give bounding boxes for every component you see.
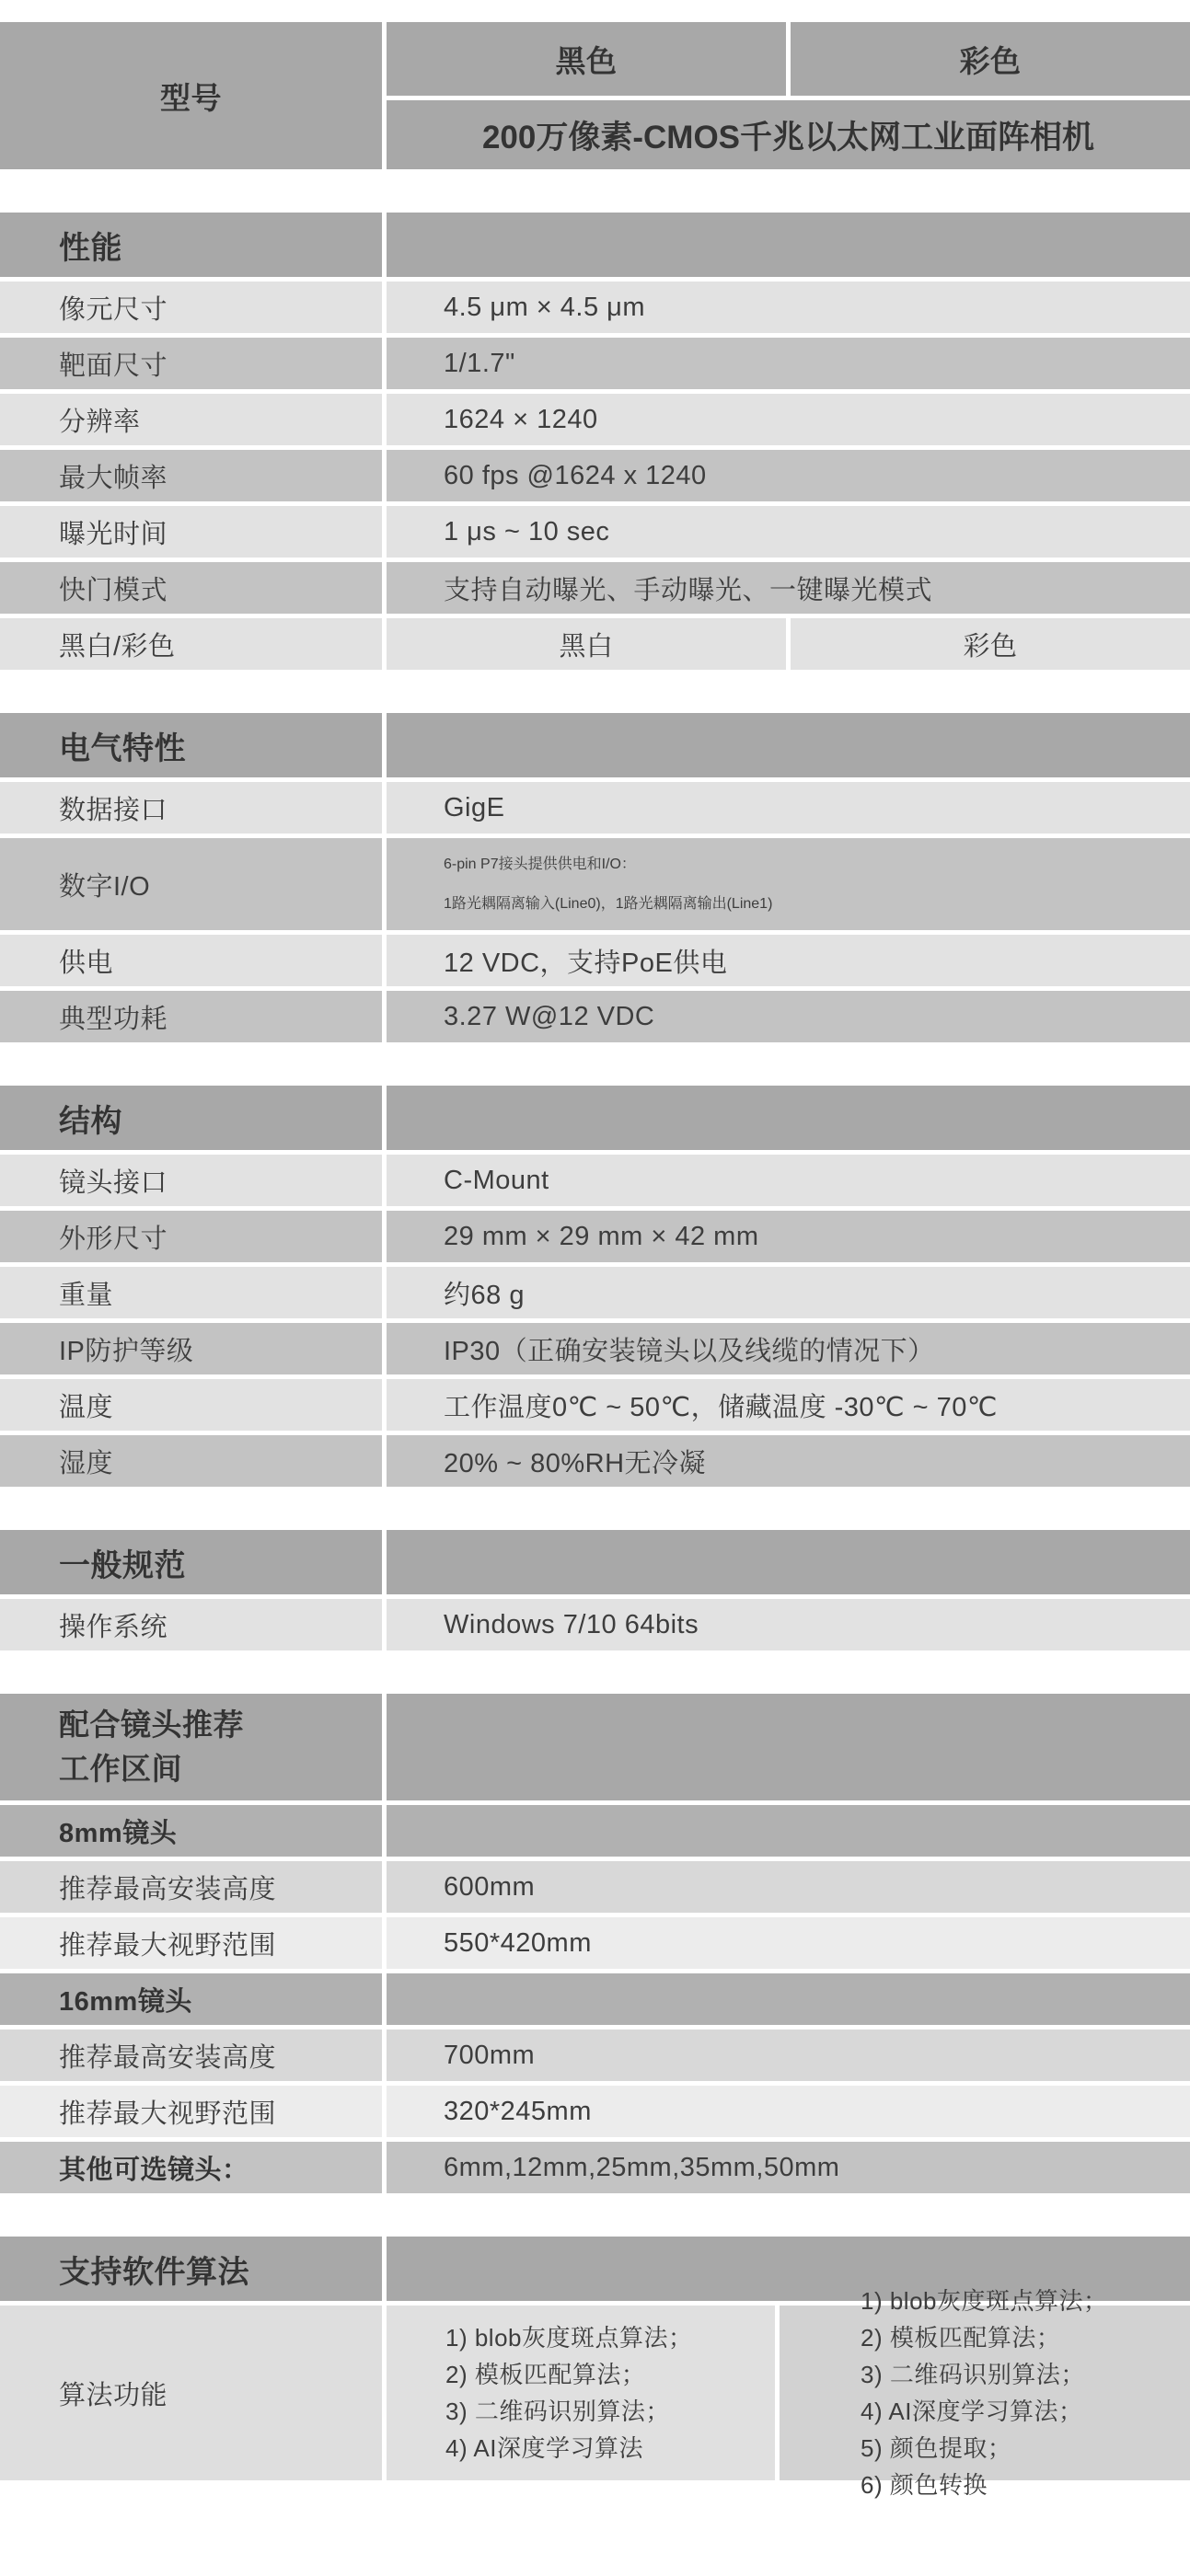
row-value-text: 4.5 μm × 4.5 μm — [444, 293, 645, 323]
row-label-text: 推荐最高安装高度 — [59, 1869, 276, 1906]
row-value-text: 550*420mm — [444, 1928, 592, 1959]
spec-row-algorithm-functions: 算法功能 1) blob灰度斑点算法； 2) 模板匹配算法； 3) 二维码识别算… — [0, 2306, 1190, 2480]
row-value: 支持自动曝光、手动曝光、一键曝光模式 — [387, 562, 1190, 614]
row-value-text: 700mm — [444, 2041, 535, 2071]
row-label-text: 典型功耗 — [59, 998, 168, 1036]
row-label: 快门模式 — [0, 562, 382, 614]
row-label-text: 曝光时间 — [59, 513, 168, 551]
algorithm-item: 2) 模板匹配算法； — [861, 2319, 1190, 2356]
row-label-text: 快门模式 — [59, 569, 168, 607]
spec-row-operating-system: 操作系统 Windows 7/10 64bits — [0, 1599, 1190, 1650]
row-value-text: 20% ~ 80%RH无冷凝 — [444, 1443, 706, 1480]
row-value-text: 12 VDC，支持PoE供电 — [444, 942, 727, 980]
section-title-line1: 配合镜头推荐 — [59, 1703, 244, 1747]
section-header-row: 结构 — [0, 1086, 1190, 1150]
section-structure: 结构 镜头接口 C-Mount 外形尺寸 29 mm × 29 mm × 42 … — [0, 1086, 1190, 1487]
section-title-cell: 支持软件算法 — [0, 2237, 382, 2301]
row-value: Windows 7/10 64bits — [387, 1599, 1190, 1650]
row-label-text: 镜头接口 — [59, 1162, 168, 1200]
row-label: 湿度 — [0, 1435, 382, 1487]
spec-row-power-supply: 供电 12 VDC，支持PoE供电 — [0, 935, 1190, 986]
row-label: 外形尺寸 — [0, 1211, 382, 1262]
algorithm-item: 4) AI深度学习算法； — [861, 2393, 1190, 2430]
row-label-text: 数据接口 — [59, 789, 168, 827]
row-value-text: 工作温度0℃ ~ 50℃，储藏温度 -30℃ ~ 70℃ — [444, 1386, 998, 1424]
row-value-text: 支持自动曝光、手动曝光、一键曝光模式 — [444, 569, 932, 607]
section-title-line2: 工作区间 — [59, 1747, 244, 1791]
spec-row-16mm-mount-height: 推荐最高安装高度 700mm — [0, 2030, 1190, 2081]
section-software-algorithms: 支持软件算法 算法功能 1) blob灰度斑点算法； 2) 模板匹配算法； 3)… — [0, 2237, 1190, 2480]
row-value: 700mm — [387, 2030, 1190, 2081]
row-label-text: 重量 — [59, 1274, 113, 1312]
row-label-text: 最大帧率 — [59, 457, 168, 495]
row-label: 数字I/O — [0, 838, 382, 930]
row-value-text: 600mm — [444, 1872, 535, 1903]
section-title-cell: 性能 — [0, 213, 382, 277]
algorithm-item: 3) 二维码识别算法； — [445, 2393, 775, 2430]
camera-spec-sheet: 型号 黑色 彩色 200万像素-CMOS千兆以太网工业面阵相机 性能 像元尺寸 … — [0, 0, 1190, 2576]
table-header: 型号 黑色 彩色 200万像素-CMOS千兆以太网工业面阵相机 — [0, 22, 1190, 169]
algorithm-item: 2) 模板匹配算法； — [445, 2356, 775, 2393]
row-value-text: 1624 × 1240 — [444, 405, 598, 435]
row-label: 温度 — [0, 1379, 382, 1431]
section-header-filler — [387, 1086, 1190, 1150]
row-label: 最大帧率 — [0, 450, 382, 501]
section-title: 支持软件算法 — [59, 2247, 249, 2292]
color-algorithm-list: 1) blob灰度斑点算法； 2) 模板匹配算法； 3) 二维码识别算法； 4)… — [780, 2306, 1190, 2480]
variant-header-row: 黑色 彩色 — [387, 22, 1190, 96]
section-title: 性能 — [59, 223, 122, 268]
row-value-text: 3.27 W@12 VDC — [444, 1002, 654, 1032]
row-label-text: 推荐最大视野范围 — [59, 1925, 276, 1962]
row-label: 推荐最高安装高度 — [0, 1861, 382, 1913]
row-value-text: 约68 g — [444, 1274, 525, 1312]
row-label-text: IP防护等级 — [59, 1330, 193, 1368]
algorithm-item: 6) 颜色转换 — [861, 2467, 1190, 2503]
section-header-row: 一般规范 — [0, 1530, 1190, 1594]
product-title: 200万像素-CMOS千兆以太网工业面阵相机 — [387, 100, 1190, 169]
spec-row-resolution: 分辨率 1624 × 1240 — [0, 394, 1190, 445]
row-label: 其他可选镜头： — [0, 2142, 382, 2193]
spec-row-weight: 重量 约68 g — [0, 1267, 1190, 1318]
spec-row-shutter-mode: 快门模式 支持自动曝光、手动曝光、一键曝光模式 — [0, 562, 1190, 614]
section-header-row: 配合镜头推荐 工作区间 — [0, 1694, 1190, 1800]
row-value: 6mm,12mm,25mm,35mm,50mm — [387, 2142, 1190, 2193]
row-value-line1: 6-pin P7接头提供供电和I/O： — [444, 845, 1190, 884]
row-label-text: 像元尺寸 — [59, 289, 168, 327]
row-label: 典型功耗 — [0, 991, 382, 1042]
row-value: 29 mm × 29 mm × 42 mm — [387, 1211, 1190, 1262]
section-header-filler — [387, 1694, 1190, 1800]
section-electrical: 电气特性 数据接口 GigE 数字I/O 6-pin P7接头提供供电和I/O：… — [0, 713, 1190, 1042]
row-value-text: 320*245mm — [444, 2097, 592, 2127]
subheader-filler — [387, 1973, 1190, 2025]
row-label: 推荐最高安装高度 — [0, 2030, 382, 2081]
subheader-row-16mm-lens: 16mm镜头 — [0, 1973, 1190, 2025]
section-title-cell: 结构 — [0, 1086, 382, 1150]
spec-row-8mm-fov: 推荐最大视野范围 550*420mm — [0, 1917, 1190, 1969]
row-value: 1624 × 1240 — [387, 394, 1190, 445]
row-value: 550*420mm — [387, 1917, 1190, 1969]
row-label: 数据接口 — [0, 782, 382, 834]
spec-row-other-lenses: 其他可选镜头： 6mm,12mm,25mm,35mm,50mm — [0, 2142, 1190, 2193]
section-general: 一般规范 操作系统 Windows 7/10 64bits — [0, 1530, 1190, 1650]
subheader-text: 8mm镜头 — [59, 1812, 177, 1850]
row-value-text: 1 μs ~ 10 sec — [444, 517, 609, 547]
row-label: 像元尺寸 — [0, 282, 382, 333]
section-title-cell: 电气特性 — [0, 713, 382, 777]
row-value: 60 fps @1624 x 1240 — [387, 450, 1190, 501]
row-value: 320*245mm — [387, 2086, 1190, 2137]
spec-row-max-framerate: 最大帧率 60 fps @1624 x 1240 — [0, 450, 1190, 501]
algorithm-item: 1) blob灰度斑点算法； — [861, 2283, 1190, 2319]
section-header-row: 性能 — [0, 213, 1190, 277]
row-label-text: 湿度 — [59, 1443, 113, 1480]
row-label-text: 数字I/O — [59, 866, 150, 903]
color-column-header: 彩色 — [791, 22, 1190, 96]
model-header-cell: 型号 — [0, 22, 382, 169]
spec-row-temperature: 温度 工作温度0℃ ~ 50℃，储藏温度 -30℃ ~ 70℃ — [0, 1379, 1190, 1431]
section-header-filler — [387, 713, 1190, 777]
row-label: IP防护等级 — [0, 1323, 382, 1374]
row-label: 黑白/彩色 — [0, 618, 382, 670]
algorithm-item: 3) 二维码识别算法； — [861, 2356, 1190, 2393]
subheader-filler — [387, 1805, 1190, 1857]
subheader-row-8mm-lens: 8mm镜头 — [0, 1805, 1190, 1857]
row-label: 靶面尺寸 — [0, 338, 382, 389]
section-title-cell: 一般规范 — [0, 1530, 382, 1594]
row-label-text: 温度 — [59, 1386, 113, 1424]
row-label-text: 黑白/彩色 — [59, 626, 176, 663]
row-value-text: IP30（正确安装镜头以及线缆的情况下） — [444, 1330, 935, 1368]
row-label: 推荐最大视野范围 — [0, 1917, 382, 1969]
spec-row-data-interface: 数据接口 GigE — [0, 782, 1190, 834]
row-label: 重量 — [0, 1267, 382, 1318]
row-value: 1 μs ~ 10 sec — [387, 506, 1190, 558]
spec-row-power-consumption: 典型功耗 3.27 W@12 VDC — [0, 991, 1190, 1042]
row-value-text: 29 mm × 29 mm × 42 mm — [444, 1222, 759, 1252]
row-label: 操作系统 — [0, 1599, 382, 1650]
algorithm-item: 1) blob灰度斑点算法； — [445, 2319, 775, 2356]
row-value: 约68 g — [387, 1267, 1190, 1318]
spec-row-ip-rating: IP防护等级 IP30（正确安装镜头以及线缆的情况下） — [0, 1323, 1190, 1374]
row-label-text: 供电 — [59, 942, 113, 980]
row-value: C-Mount — [387, 1155, 1190, 1206]
row-value-line2: 1路光耦隔离输入(Line0)，1路光耦隔离输出(Line1) — [444, 884, 1190, 924]
section-lens-recommendation: 配合镜头推荐 工作区间 8mm镜头 推荐最高安装高度 600mm 推荐最大视野范… — [0, 1694, 1190, 2193]
row-value-text: Windows 7/10 64bits — [444, 1610, 699, 1640]
row-value: 3.27 W@12 VDC — [387, 991, 1190, 1042]
spec-row-lens-mount: 镜头接口 C-Mount — [0, 1155, 1190, 1206]
row-value-text: GigE — [444, 793, 504, 823]
spec-row-sensor-size: 靶面尺寸 1/1.7" — [0, 338, 1190, 389]
row-label-text: 外形尺寸 — [59, 1218, 168, 1256]
section-header-filler — [387, 1530, 1190, 1594]
spec-row-digital-io: 数字I/O 6-pin P7接头提供供电和I/O： 1路光耦隔离输入(Line0… — [0, 838, 1190, 930]
row-value: 6-pin P7接头提供供电和I/O： 1路光耦隔离输入(Line0)，1路光耦… — [387, 838, 1190, 930]
row-value: GigE — [387, 782, 1190, 834]
row-label-text: 其他可选镜头： — [59, 2149, 249, 2187]
spec-row-8mm-mount-height: 推荐最高安装高度 600mm — [0, 1861, 1190, 1913]
row-value-text: 60 fps @1624 x 1240 — [444, 461, 707, 491]
row-label-text: 操作系统 — [59, 1606, 168, 1644]
row-value: 20% ~ 80%RH无冷凝 — [387, 1435, 1190, 1487]
row-label-text: 靶面尺寸 — [59, 345, 168, 383]
row-value: IP30（正确安装镜头以及线缆的情况下） — [387, 1323, 1190, 1374]
row-value: 工作温度0℃ ~ 50℃，储藏温度 -30℃ ~ 70℃ — [387, 1379, 1190, 1431]
row-value: 600mm — [387, 1861, 1190, 1913]
row-label-text: 推荐最大视野范围 — [59, 2093, 276, 2131]
section-performance: 性能 像元尺寸 4.5 μm × 4.5 μm 靶面尺寸 1/1.7" 分辨率 … — [0, 213, 1190, 670]
row-label: 分辨率 — [0, 394, 382, 445]
mono-column-header: 黑色 — [387, 22, 786, 96]
subheader-text: 16mm镜头 — [59, 1981, 192, 2018]
header-right-block: 黑色 彩色 200万像素-CMOS千兆以太网工业面阵相机 — [387, 22, 1190, 169]
spec-row-pixel-size: 像元尺寸 4.5 μm × 4.5 μm — [0, 282, 1190, 333]
spec-row-16mm-fov: 推荐最大视野范围 320*245mm — [0, 2086, 1190, 2137]
section-header-row: 电气特性 — [0, 713, 1190, 777]
spec-row-humidity: 湿度 20% ~ 80%RH无冷凝 — [0, 1435, 1190, 1487]
section-title: 结构 — [59, 1096, 122, 1141]
section-title: 电气特性 — [59, 723, 186, 768]
color-value-cell: 彩色 — [791, 618, 1190, 670]
row-value: 1/1.7" — [387, 338, 1190, 389]
algorithm-item: 4) AI深度学习算法 — [445, 2430, 775, 2467]
model-label: 型号 — [160, 75, 222, 118]
row-label-text: 推荐最高安装高度 — [59, 2037, 276, 2075]
row-label: 算法功能 — [0, 2306, 382, 2480]
mono-algorithm-list: 1) blob灰度斑点算法； 2) 模板匹配算法； 3) 二维码识别算法； 4)… — [387, 2306, 775, 2480]
row-label: 推荐最大视野范围 — [0, 2086, 382, 2137]
algorithm-item: 5) 颜色提取； — [861, 2430, 1190, 2467]
row-value: 4.5 μm × 4.5 μm — [387, 282, 1190, 333]
spec-row-mono-color: 黑白/彩色 黑白 彩色 — [0, 618, 1190, 670]
row-label: 供电 — [0, 935, 382, 986]
row-label: 曝光时间 — [0, 506, 382, 558]
spec-row-exposure-time: 曝光时间 1 μs ~ 10 sec — [0, 506, 1190, 558]
section-header-filler — [387, 213, 1190, 277]
row-value-text: 1/1.7" — [444, 349, 515, 379]
subheader-label: 8mm镜头 — [0, 1805, 382, 1857]
section-title: 配合镜头推荐 工作区间 — [59, 1703, 244, 1791]
row-label-text: 算法功能 — [59, 2375, 168, 2412]
subheader-label: 16mm镜头 — [0, 1973, 382, 2025]
row-label-text: 分辨率 — [59, 401, 141, 439]
row-label: 镜头接口 — [0, 1155, 382, 1206]
row-value-text: 6mm,12mm,25mm,35mm,50mm — [444, 2153, 839, 2183]
row-value: 12 VDC，支持PoE供电 — [387, 935, 1190, 986]
section-title-cell: 配合镜头推荐 工作区间 — [0, 1694, 382, 1800]
row-value-text: C-Mount — [444, 1166, 549, 1196]
section-title: 一般规范 — [59, 1540, 186, 1585]
mono-value-cell: 黑白 — [387, 618, 786, 670]
spec-row-dimensions: 外形尺寸 29 mm × 29 mm × 42 mm — [0, 1211, 1190, 1262]
